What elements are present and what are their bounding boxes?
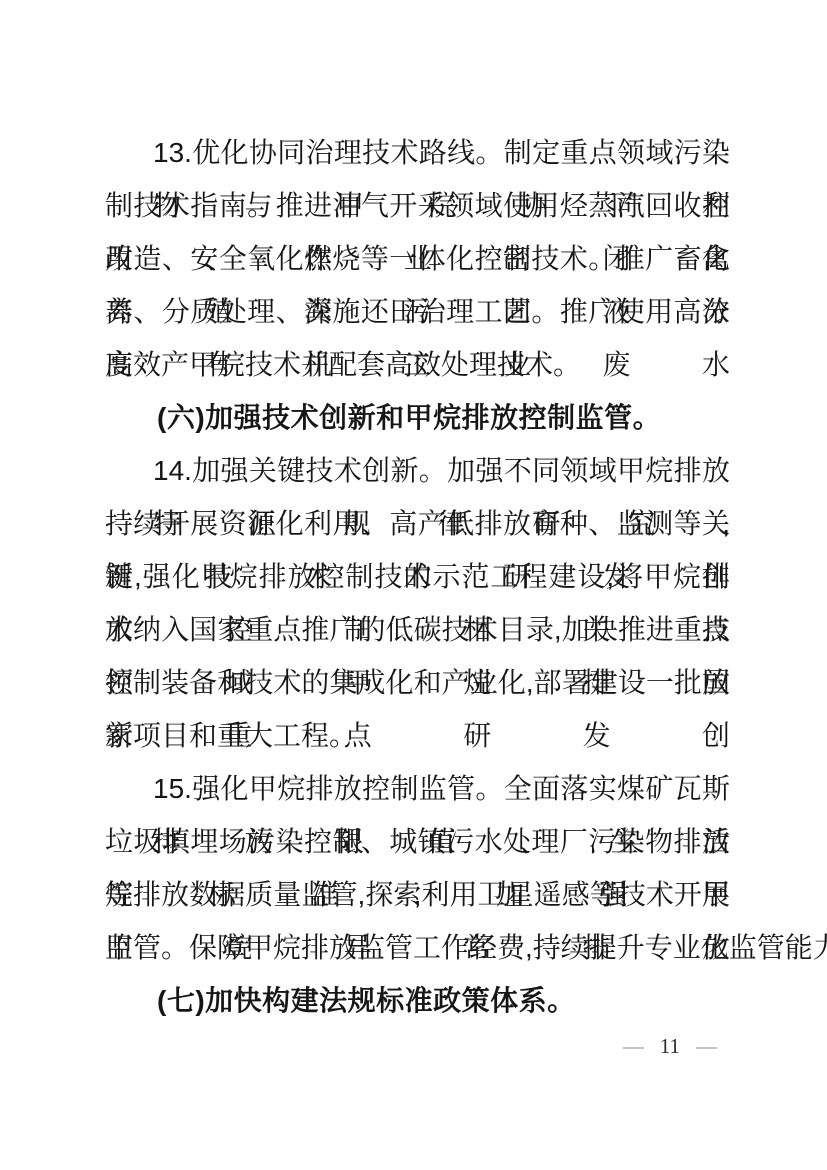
heading-section-7: (七)加快构建法规标准政策体系。 — [105, 974, 730, 1027]
footer-dash-left: — — [623, 1034, 644, 1058]
paragraph-13-line-4: 离、分质处理、深施还田治理工艺。推广使用高浓度有机工业废水 — [105, 285, 730, 338]
paragraph-15-line-2: 垃圾填埋场污染控制、城镇污水处理厂污染物排放等标准,加强甲 — [105, 815, 730, 868]
page-footer: —11— — [623, 1033, 717, 1059]
paragraph-14-line-5: 控制装备和技术的集成化和产业化,部署建设一批国家重点研发创 — [105, 656, 730, 709]
paragraph-15-line-1: 15.强化甲烷排放控制监管。全面落实煤矿瓦斯排放限值、生活 — [105, 762, 730, 815]
paragraph-14-line-4: 术纳入国家重点推广的低碳技术目录,加快推进重点领域甲烷排放 — [105, 603, 730, 656]
heading-section-6: (六)加强技术创新和甲烷排放控制监管。 — [105, 391, 730, 444]
footer-dash-right: — — [696, 1034, 717, 1058]
document-page: 13.优化协同治理技术路线。制定重点领域污染物与甲烷协同控制技术指南。推进油气开… — [0, 0, 827, 1170]
paragraph-14-line-3: 新,强化甲烷排放控制技术示范工程建设,将甲烷排放控制相关技 — [105, 550, 730, 603]
paragraph-15-line-3: 烷排放数据质量监管,探索利用卫星遥感等技术开展甲烷异常排放 — [105, 868, 730, 921]
paragraph-14-line-1: 14.加强关键技术创新。加强不同领域甲烷排放特征规律研究, — [105, 444, 730, 497]
document-body: 13.优化协同治理技术路线。制定重点领域污染物与甲烷协同控制技术指南。推进油气开… — [105, 126, 730, 1027]
paragraph-13-line-3: 改造、安全氧化燃烧等一体化控制技术。推广畜禽养殖粪污固液分 — [105, 232, 730, 285]
paragraph-14-line-2: 持续开展资源化利用、高产低排放育种、监测等关键技术的研发创 — [105, 497, 730, 550]
paragraph-15-line-4: 监管。保障甲烷排放监管工作经费,持续提升专业化监管能力。 — [105, 921, 730, 974]
paragraph-13-line-2: 制技术指南。推进油气开采领域使用烃蒸汽回收利用、作业密闭化 — [105, 179, 730, 232]
page-number: 11 — [660, 1034, 680, 1058]
paragraph-13-line-1: 13.优化协同治理技术路线。制定重点领域污染物与甲烷协同控 — [105, 126, 730, 179]
